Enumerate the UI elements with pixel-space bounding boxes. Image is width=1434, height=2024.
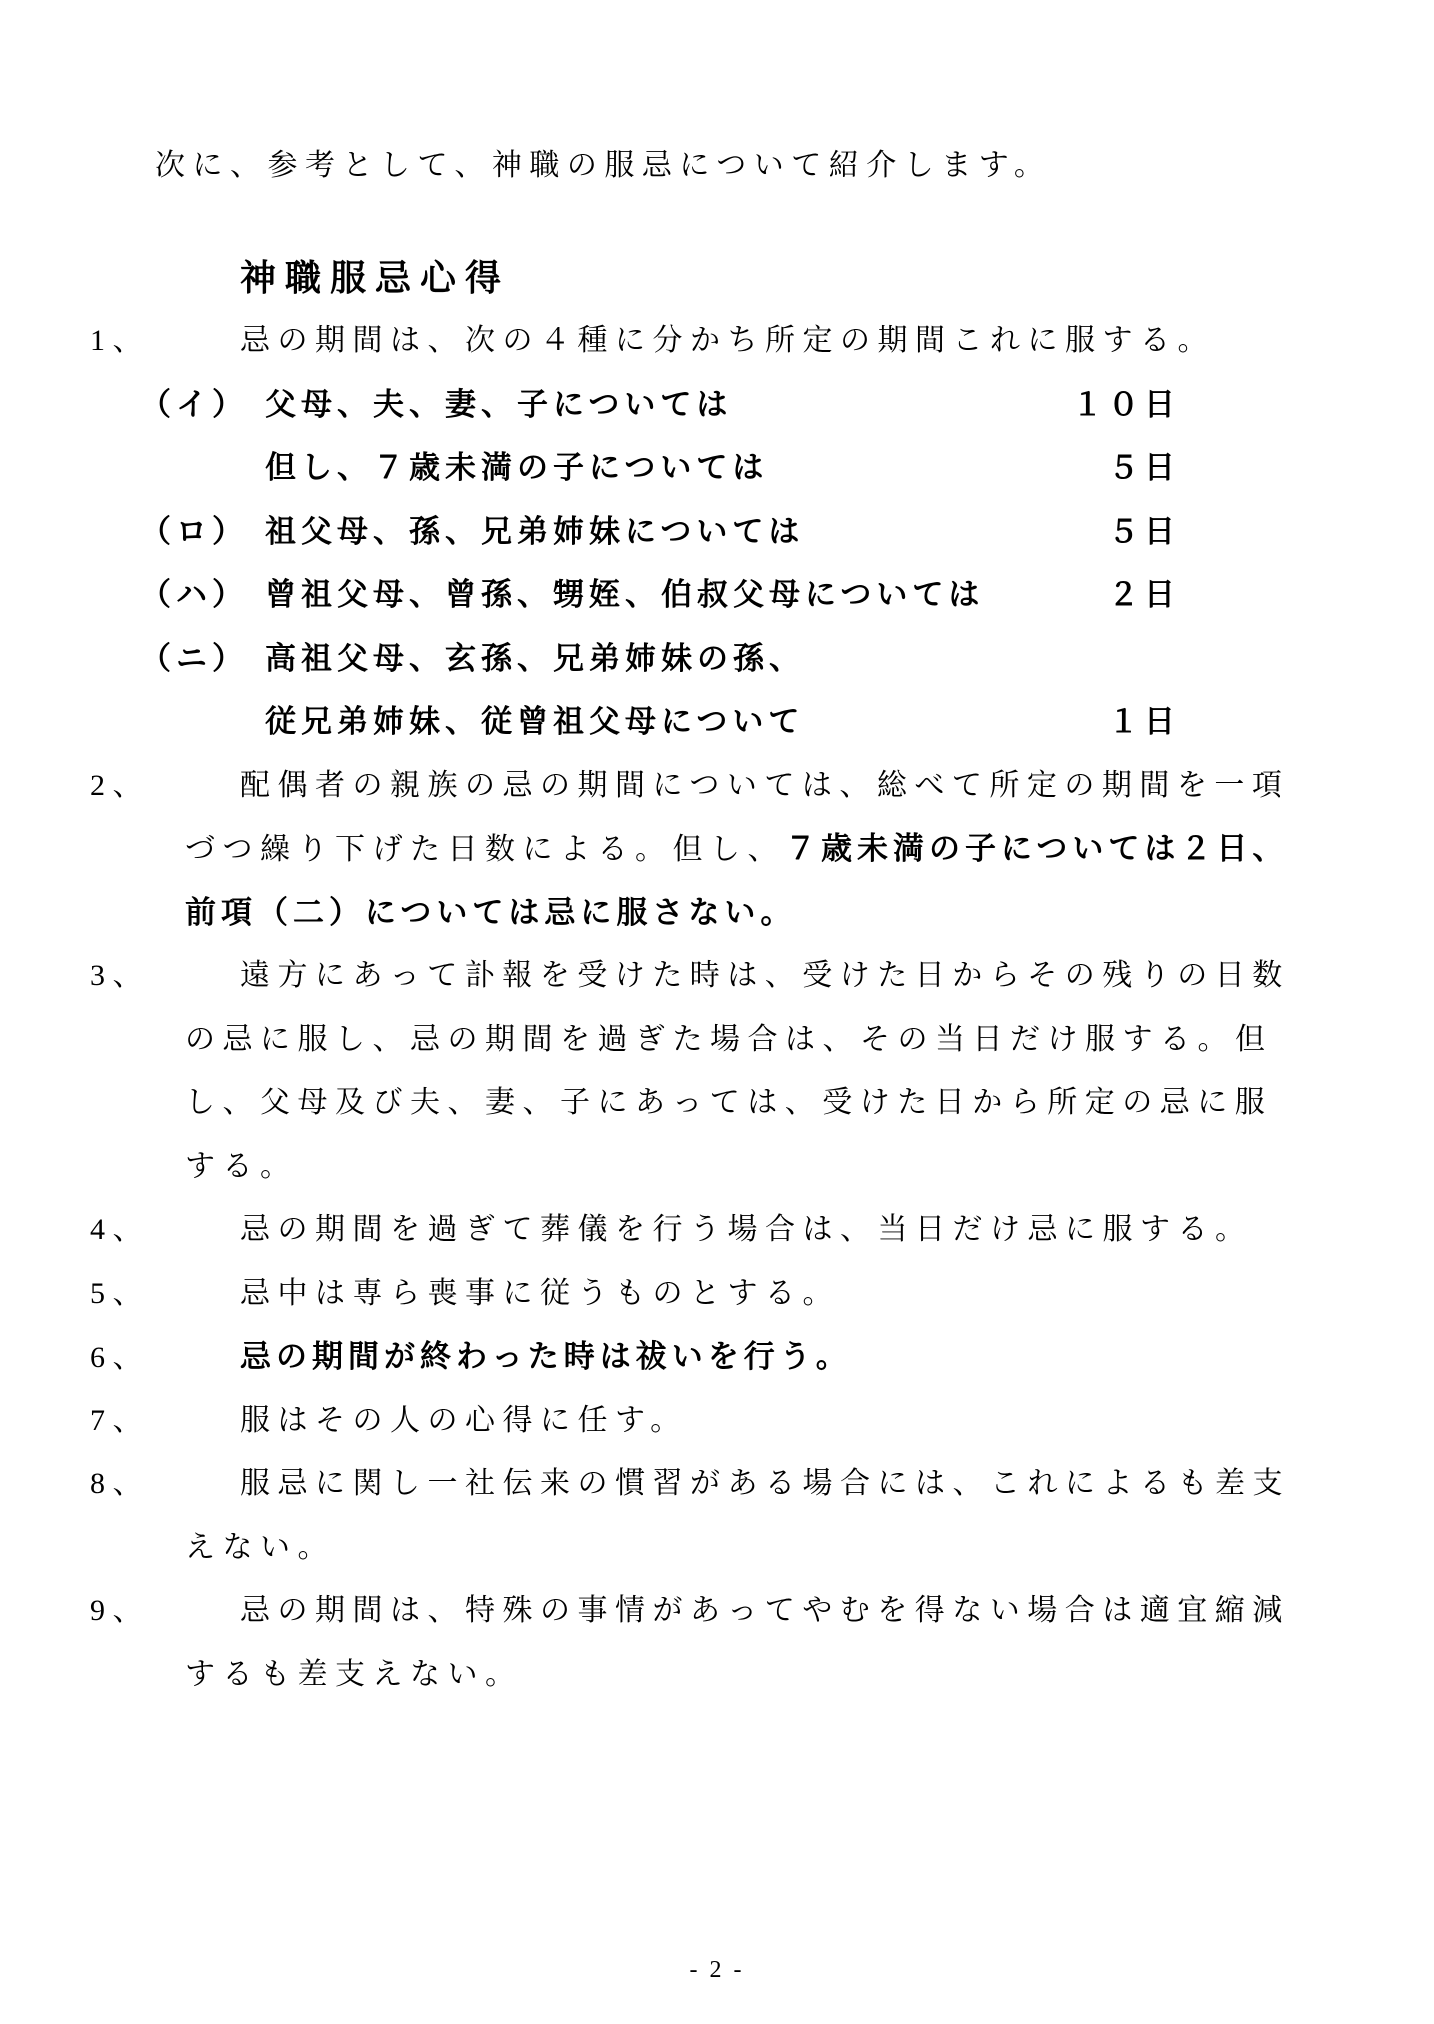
item-1-number: 1、 — [90, 309, 240, 373]
row-ni-line2-text: 従兄弟姉妹、従曾祖父母について — [265, 704, 804, 739]
item-4-text: 忌の期間を過ぎて葬儀を行う場合は、当日だけ忌に服する。 — [240, 1213, 1253, 1246]
row-ha-text: 曾祖父母、曾孫、甥姪、伯叔父母については — [265, 577, 984, 612]
row-i-label: （イ） — [140, 373, 265, 437]
section-heading-text: 神職服忌心得 — [240, 257, 510, 298]
item-6-text-bold: 忌の期間が終わった時は祓いを行う。 — [240, 1339, 852, 1374]
item-8-text-2: えない。 — [185, 1531, 335, 1564]
mourning-row-ha: （ハ）曾祖父母、曾孫、甥姪、伯叔父母については ２日 — [0, 563, 1434, 627]
mourning-row-i-proviso: 但し、７歳未満の子については ５日 — [0, 436, 1434, 500]
list-item-3-line-4: する。 — [0, 1135, 1434, 1199]
list-item-8-line-1: 8、服忌に関し一社伝来の慣習がある場合には、これによるも差支 — [0, 1452, 1434, 1516]
row-ro-days: ５日 — [980, 500, 1180, 564]
item-7-number: 7、 — [90, 1389, 240, 1453]
mourning-row-ni-line2: 従兄弟姉妹、従曾祖父母について １日 — [0, 690, 1434, 754]
list-item-3-line-2: の忌に服し、忌の期間を過ぎた場合は、その当日だけ服する。但 — [0, 1008, 1434, 1072]
mourning-row-ni: （ニ）高祖父母、玄孫、兄弟姉妹の孫、 — [0, 627, 1434, 691]
list-item-2-line-2: づつ繰り下げた日数による。但し、７歳未満の子については２日、 — [0, 817, 1434, 881]
list-item-1: 1、忌の期間は、次の４種に分かち所定の期間これに服する。 — [0, 309, 1434, 373]
row-ro-label: （ロ） — [140, 500, 265, 564]
item-3-text-2: の忌に服し、忌の期間を過ぎた場合は、その当日だけ服する。但 — [185, 1023, 1273, 1056]
row-i-days: １０日 — [980, 373, 1180, 437]
item-2-text-2a: づつ繰り下げた日数による。但し、 — [185, 833, 785, 866]
item-1-text: 忌の期間は、次の４種に分かち所定の期間これに服する。 — [240, 324, 1215, 357]
row-i-text: 父母、夫、妻、子については — [265, 387, 732, 422]
list-item-2-line-3: 前項（二）については忌に服さない。 — [0, 881, 1434, 945]
row-ro-text: 祖父母、孫、兄弟姉妹については — [265, 514, 804, 549]
page-number: - 2 - — [690, 1957, 745, 1983]
mourning-row-ro: （ロ）祖父母、孫、兄弟姉妹については ５日 — [0, 500, 1434, 564]
intro-text: 次に、参考として、神職の服忌について紹介します。 — [155, 149, 1051, 182]
list-item-4: 4、忌の期間を過ぎて葬儀を行う場合は、当日だけ忌に服する。 — [0, 1198, 1434, 1262]
item-6-number: 6、 — [90, 1326, 240, 1390]
item-2-text-2b-bold: ７歳未満の子については２日、 — [785, 831, 1288, 866]
item-9-text-2: するも差支えない。 — [185, 1658, 523, 1691]
row-ha-label: （ハ） — [140, 563, 265, 627]
list-item-7: 7、服はその人の心得に任す。 — [0, 1389, 1434, 1453]
item-8-number: 8、 — [90, 1452, 240, 1516]
row-ni-line2-days: １日 — [980, 690, 1180, 754]
item-3-text-1: 遠方にあって訃報を受けた時は、受けた日からその残りの日数 — [240, 959, 1290, 992]
row-i-proviso-days: ５日 — [980, 436, 1180, 500]
item-3-text-4: する。 — [185, 1150, 298, 1183]
list-item-5: 5、忌中は専ら喪事に従うものとする。 — [0, 1262, 1434, 1326]
list-item-3-line-3: し、父母及び夫、妻、子にあっては、受けた日から所定の忌に服 — [0, 1071, 1434, 1135]
page-footer: - 2 - — [0, 1950, 1434, 1990]
section-heading: 神職服忌心得 — [0, 246, 1434, 310]
item-2-text-3-bold: 前項（二）については忌に服さない。 — [185, 895, 796, 930]
item-7-text: 服はその人の心得に任す。 — [240, 1404, 688, 1437]
item-8-text-1: 服忌に関し一社伝来の慣習がある場合には、これによるも差支 — [240, 1467, 1290, 1500]
document-page: 次に、参考として、神職の服忌について紹介します。 神職服忌心得 1、忌の期間は、… — [0, 0, 1434, 2024]
item-3-number: 3、 — [90, 944, 240, 1008]
row-ha-days: ２日 — [980, 563, 1180, 627]
list-item-3-line-1: 3、遠方にあって訃報を受けた時は、受けた日からその残りの日数 — [0, 944, 1434, 1008]
item-5-number: 5、 — [90, 1262, 240, 1326]
item-2-number: 2、 — [90, 754, 240, 818]
item-3-text-3: し、父母及び夫、妻、子にあっては、受けた日から所定の忌に服 — [185, 1086, 1272, 1119]
intro-paragraph: 次に、参考として、神職の服忌について紹介します。 — [0, 134, 1434, 198]
list-item-8-line-2: えない。 — [0, 1516, 1434, 1580]
item-9-number: 9、 — [90, 1579, 240, 1643]
row-ni-text: 高祖父母、玄孫、兄弟姉妹の孫、 — [265, 641, 805, 676]
item-2-text-1: 配偶者の親族の忌の期間については、総べて所定の期間を一項 — [240, 769, 1289, 802]
row-i-proviso-text: 但し、７歳未満の子については — [265, 450, 768, 485]
list-item-2-line-1: 2、配偶者の親族の忌の期間については、総べて所定の期間を一項 — [0, 754, 1434, 818]
list-item-9-line-1: 9、忌の期間は、特殊の事情があってやむを得ない場合は適宜縮減 — [0, 1579, 1434, 1643]
row-ni-label: （ニ） — [140, 627, 265, 691]
mourning-row-i: （イ）父母、夫、妻、子については １０日 — [0, 373, 1434, 437]
list-item-6: 6、忌の期間が終わった時は祓いを行う。 — [0, 1325, 1434, 1389]
item-9-text-1: 忌の期間は、特殊の事情があってやむを得ない場合は適宜縮減 — [240, 1594, 1290, 1627]
item-5-text: 忌中は専ら喪事に従うものとする。 — [240, 1277, 840, 1310]
list-item-9-line-2: するも差支えない。 — [0, 1643, 1434, 1707]
item-4-number: 4、 — [90, 1198, 240, 1262]
